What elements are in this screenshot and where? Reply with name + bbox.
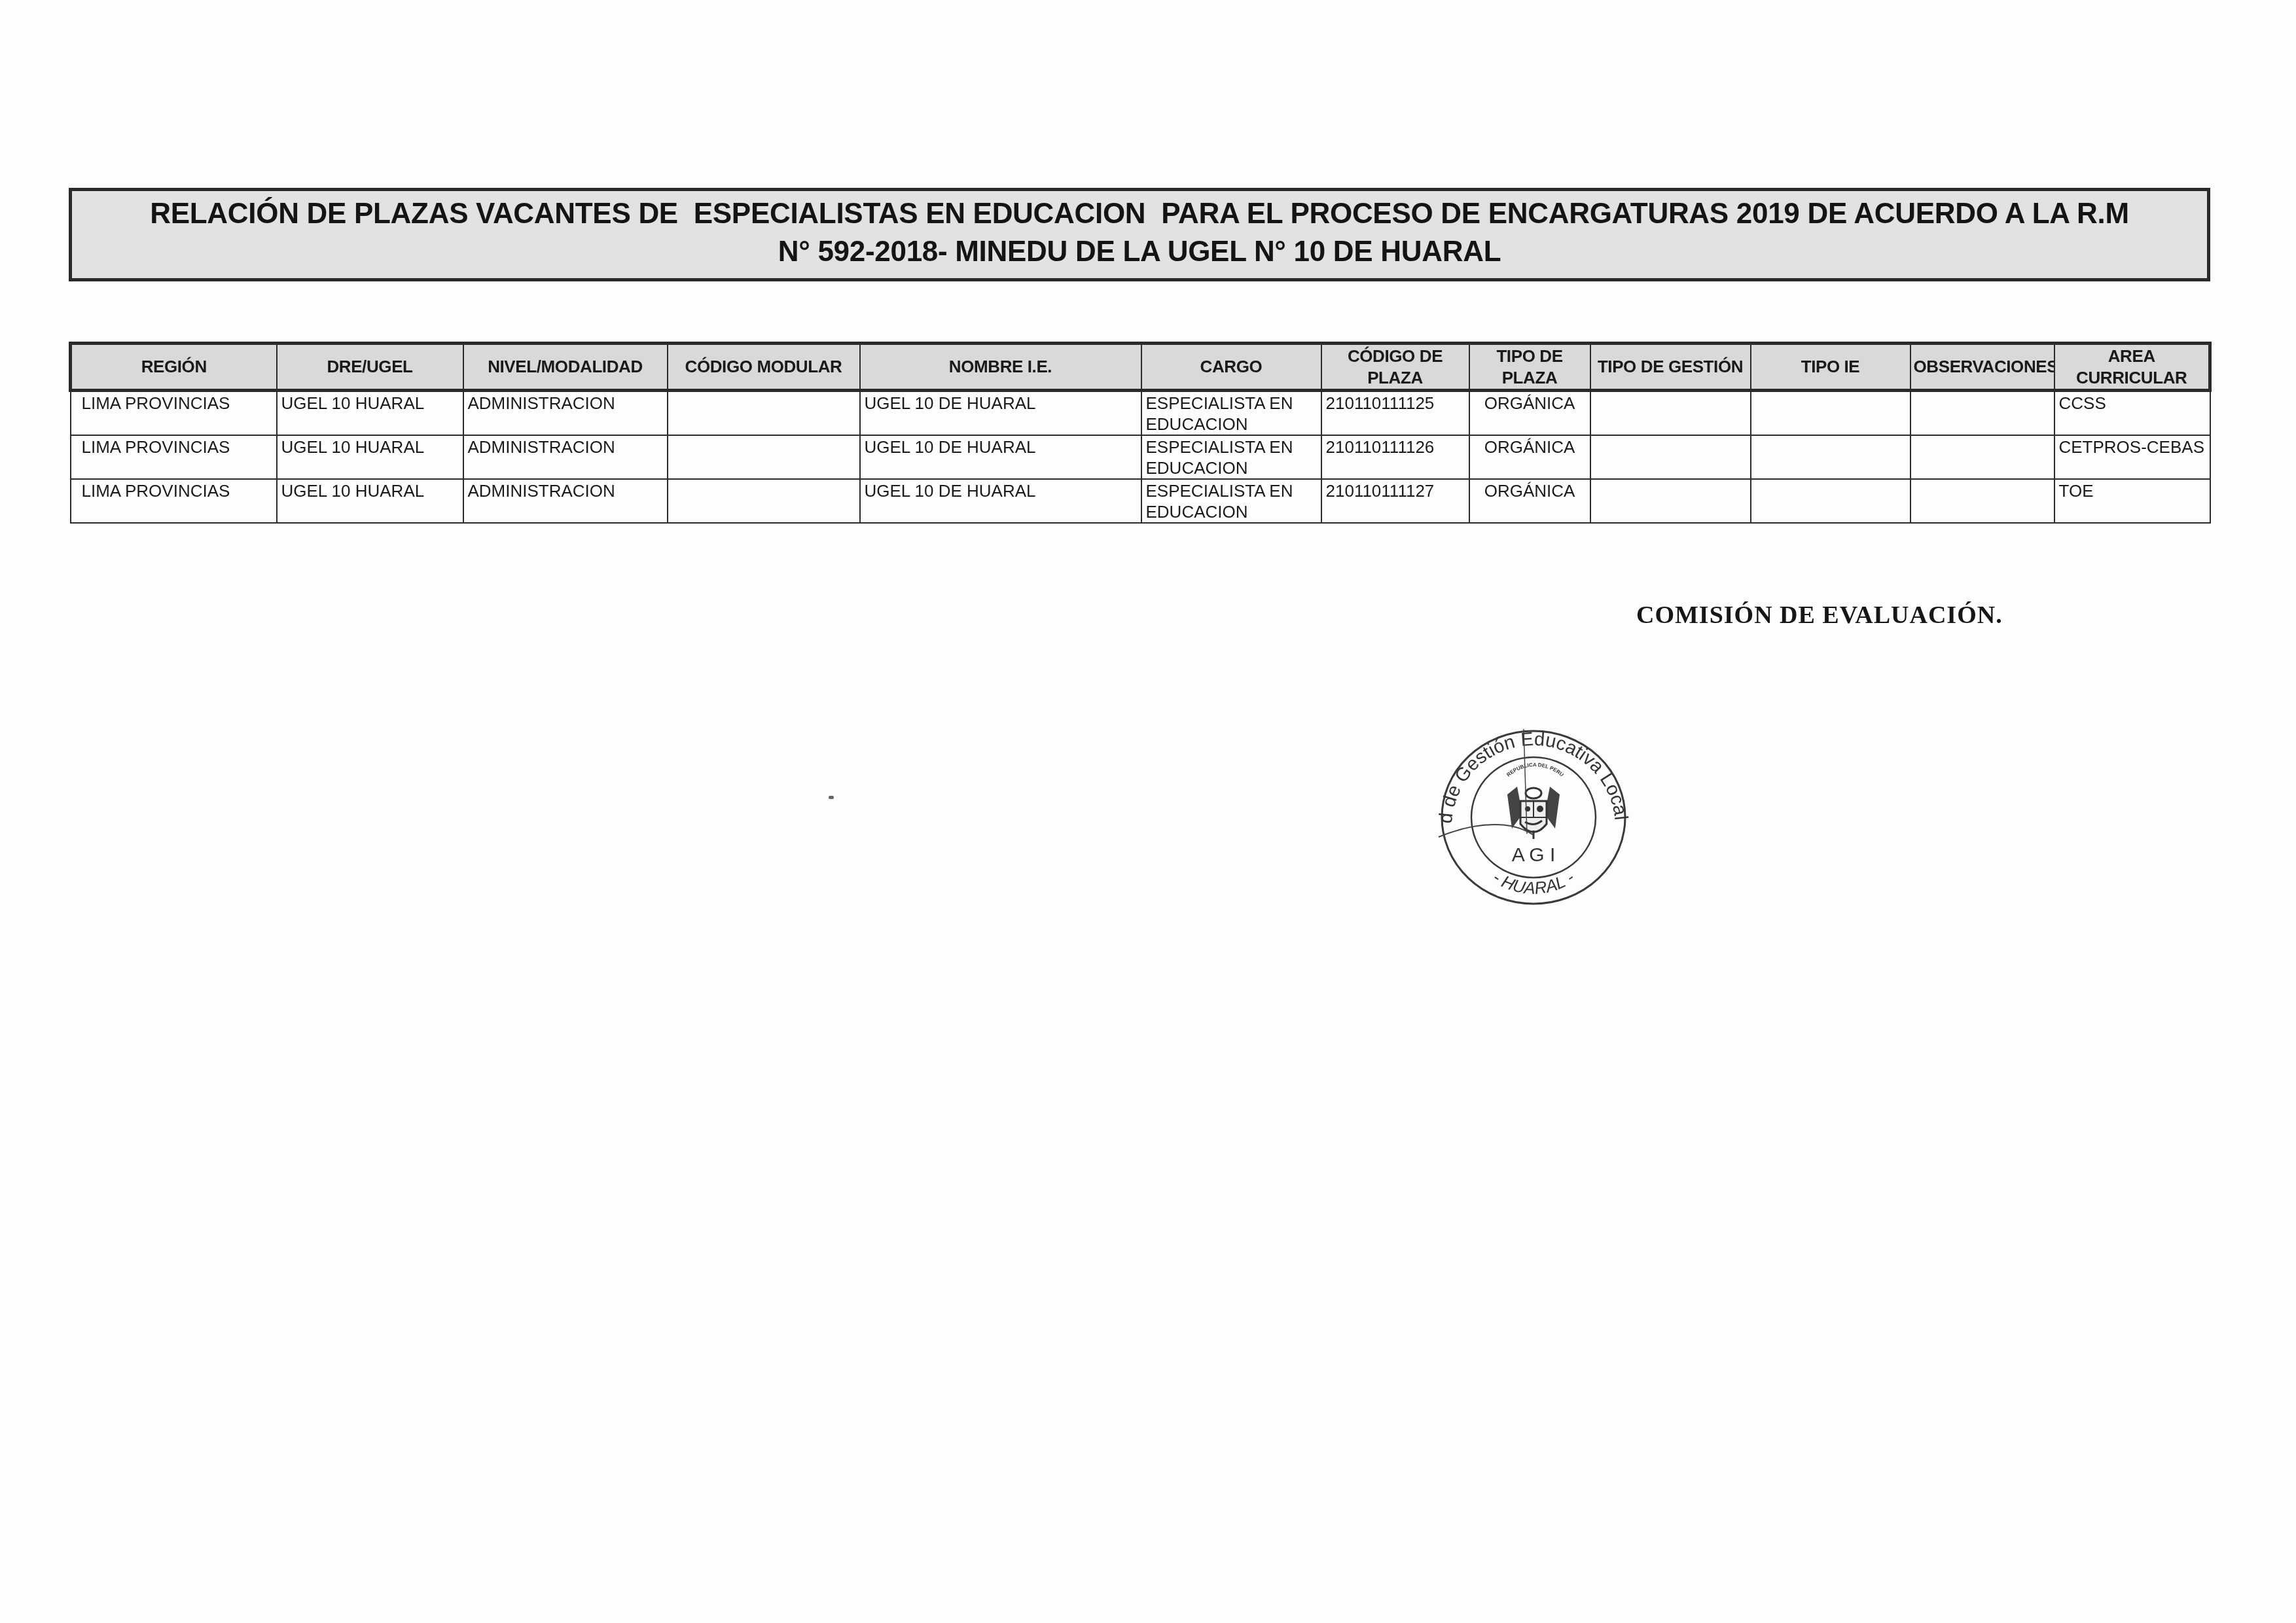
header-tipo-plaza: TIPO DE PLAZA — [1469, 344, 1590, 391]
header-tipo-gestion: TIPO DE GESTIÓN — [1590, 344, 1751, 391]
cell-tipo-ie — [1751, 479, 1910, 523]
stamp-center-text: A G I — [1512, 844, 1556, 866]
cell-nombre-ie: UGEL 10 DE HUARAL — [860, 391, 1141, 436]
table-header-row: REGIÓN DRE/UGEL NIVEL/MODALIDAD CÓDIGO M… — [71, 344, 2210, 391]
cell-area-curricular: CETPROS-CEBAS — [2054, 435, 2210, 479]
cell-codigo-modular — [668, 391, 860, 436]
document-title-line-1: RELACIÓN DE PLAZAS VACANTES DE ESPECIALI… — [72, 195, 2207, 233]
cell-tipo-ie — [1751, 391, 1910, 436]
cell-region: LIMA PROVINCIAS — [71, 479, 277, 523]
cell-observaciones — [1910, 435, 2054, 479]
vacancies-table: REGIÓN DRE/UGEL NIVEL/MODALIDAD CÓDIGO M… — [69, 342, 2212, 524]
cell-dre-ugel: UGEL 10 HUARAL — [277, 391, 463, 436]
header-tipo-ie: TIPO IE — [1751, 344, 1910, 391]
cell-observaciones — [1910, 479, 2054, 523]
cell-cargo: ESPECIALISTA EN EDUCACION — [1141, 479, 1321, 523]
cell-nombre-ie: UGEL 10 DE HUARAL — [860, 479, 1141, 523]
cell-codigo-modular — [668, 479, 860, 523]
signature-label: COMISIÓN DE EVALUACIÓN. — [1636, 601, 2003, 630]
cell-nivel-modalidad: ADMINISTRACION — [463, 391, 668, 436]
scan-speck — [829, 796, 834, 799]
cell-tipo-gestion — [1590, 391, 1751, 436]
cell-nivel-modalidad: ADMINISTRACION — [463, 479, 668, 523]
header-region: REGIÓN — [71, 344, 277, 391]
cell-observaciones — [1910, 391, 2054, 436]
cell-tipo-plaza: ORGÁNICA — [1469, 435, 1590, 479]
cell-tipo-plaza: ORGÁNICA — [1469, 479, 1590, 523]
header-nivel-modalidad: NIVEL/MODALIDAD — [463, 344, 668, 391]
cell-region: LIMA PROVINCIAS — [71, 435, 277, 479]
cell-codigo-plaza: 210110111127 — [1321, 479, 1469, 523]
document-title-box: RELACIÓN DE PLAZAS VACANTES DE ESPECIALI… — [69, 188, 2210, 281]
cell-cargo: ESPECIALISTA EN EDUCACION — [1141, 391, 1321, 436]
cell-tipo-ie — [1751, 435, 1910, 479]
cell-tipo-plaza: ORGÁNICA — [1469, 391, 1590, 436]
document-title-line-2: N° 592-2018- MINEDU DE LA UGEL N° 10 DE … — [72, 233, 2207, 271]
header-area-curricular: AREA CURRICULAR — [2054, 344, 2210, 391]
header-codigo-modular: CÓDIGO MODULAR — [668, 344, 860, 391]
official-stamp: Unidad de Gestión Educativa Local N° 10 … — [1426, 716, 1641, 912]
cell-codigo-plaza: 210110111126 — [1321, 435, 1469, 479]
header-dre-ugel: DRE/UGEL — [277, 344, 463, 391]
stamp-inner-top-text: REPUBLICA DEL PERU — [1505, 762, 1564, 777]
header-cargo: CARGO — [1141, 344, 1321, 391]
cell-tipo-gestion — [1590, 435, 1751, 479]
cell-area-curricular: TOE — [2054, 479, 2210, 523]
table-row: LIMA PROVINCIAS UGEL 10 HUARAL ADMINISTR… — [71, 391, 2210, 436]
header-nombre-ie: NOMBRE I.E. — [860, 344, 1141, 391]
stamp-bottom-text: - HUARAL - — [1489, 867, 1577, 898]
cell-region: LIMA PROVINCIAS — [71, 391, 277, 436]
signature-stroke — [1439, 825, 1534, 837]
cell-dre-ugel: UGEL 10 HUARAL — [277, 435, 463, 479]
cell-area-curricular: CCSS — [2054, 391, 2210, 436]
cell-tipo-gestion — [1590, 479, 1751, 523]
cell-codigo-modular — [668, 435, 860, 479]
peru-coat-of-arms-icon — [1507, 787, 1560, 839]
cell-cargo: ESPECIALISTA EN EDUCACION — [1141, 435, 1321, 479]
cell-dre-ugel: UGEL 10 HUARAL — [277, 479, 463, 523]
table-row: LIMA PROVINCIAS UGEL 10 HUARAL ADMINISTR… — [71, 435, 2210, 479]
cell-codigo-plaza: 210110111125 — [1321, 391, 1469, 436]
header-observaciones: OBSERVACIONES — [1910, 344, 2054, 391]
cell-nombre-ie: UGEL 10 DE HUARAL — [860, 435, 1141, 479]
cell-nivel-modalidad: ADMINISTRACION — [463, 435, 668, 479]
header-codigo-plaza: CÓDIGO DE PLAZA — [1321, 344, 1469, 391]
table-row: LIMA PROVINCIAS UGEL 10 HUARAL ADMINISTR… — [71, 479, 2210, 523]
